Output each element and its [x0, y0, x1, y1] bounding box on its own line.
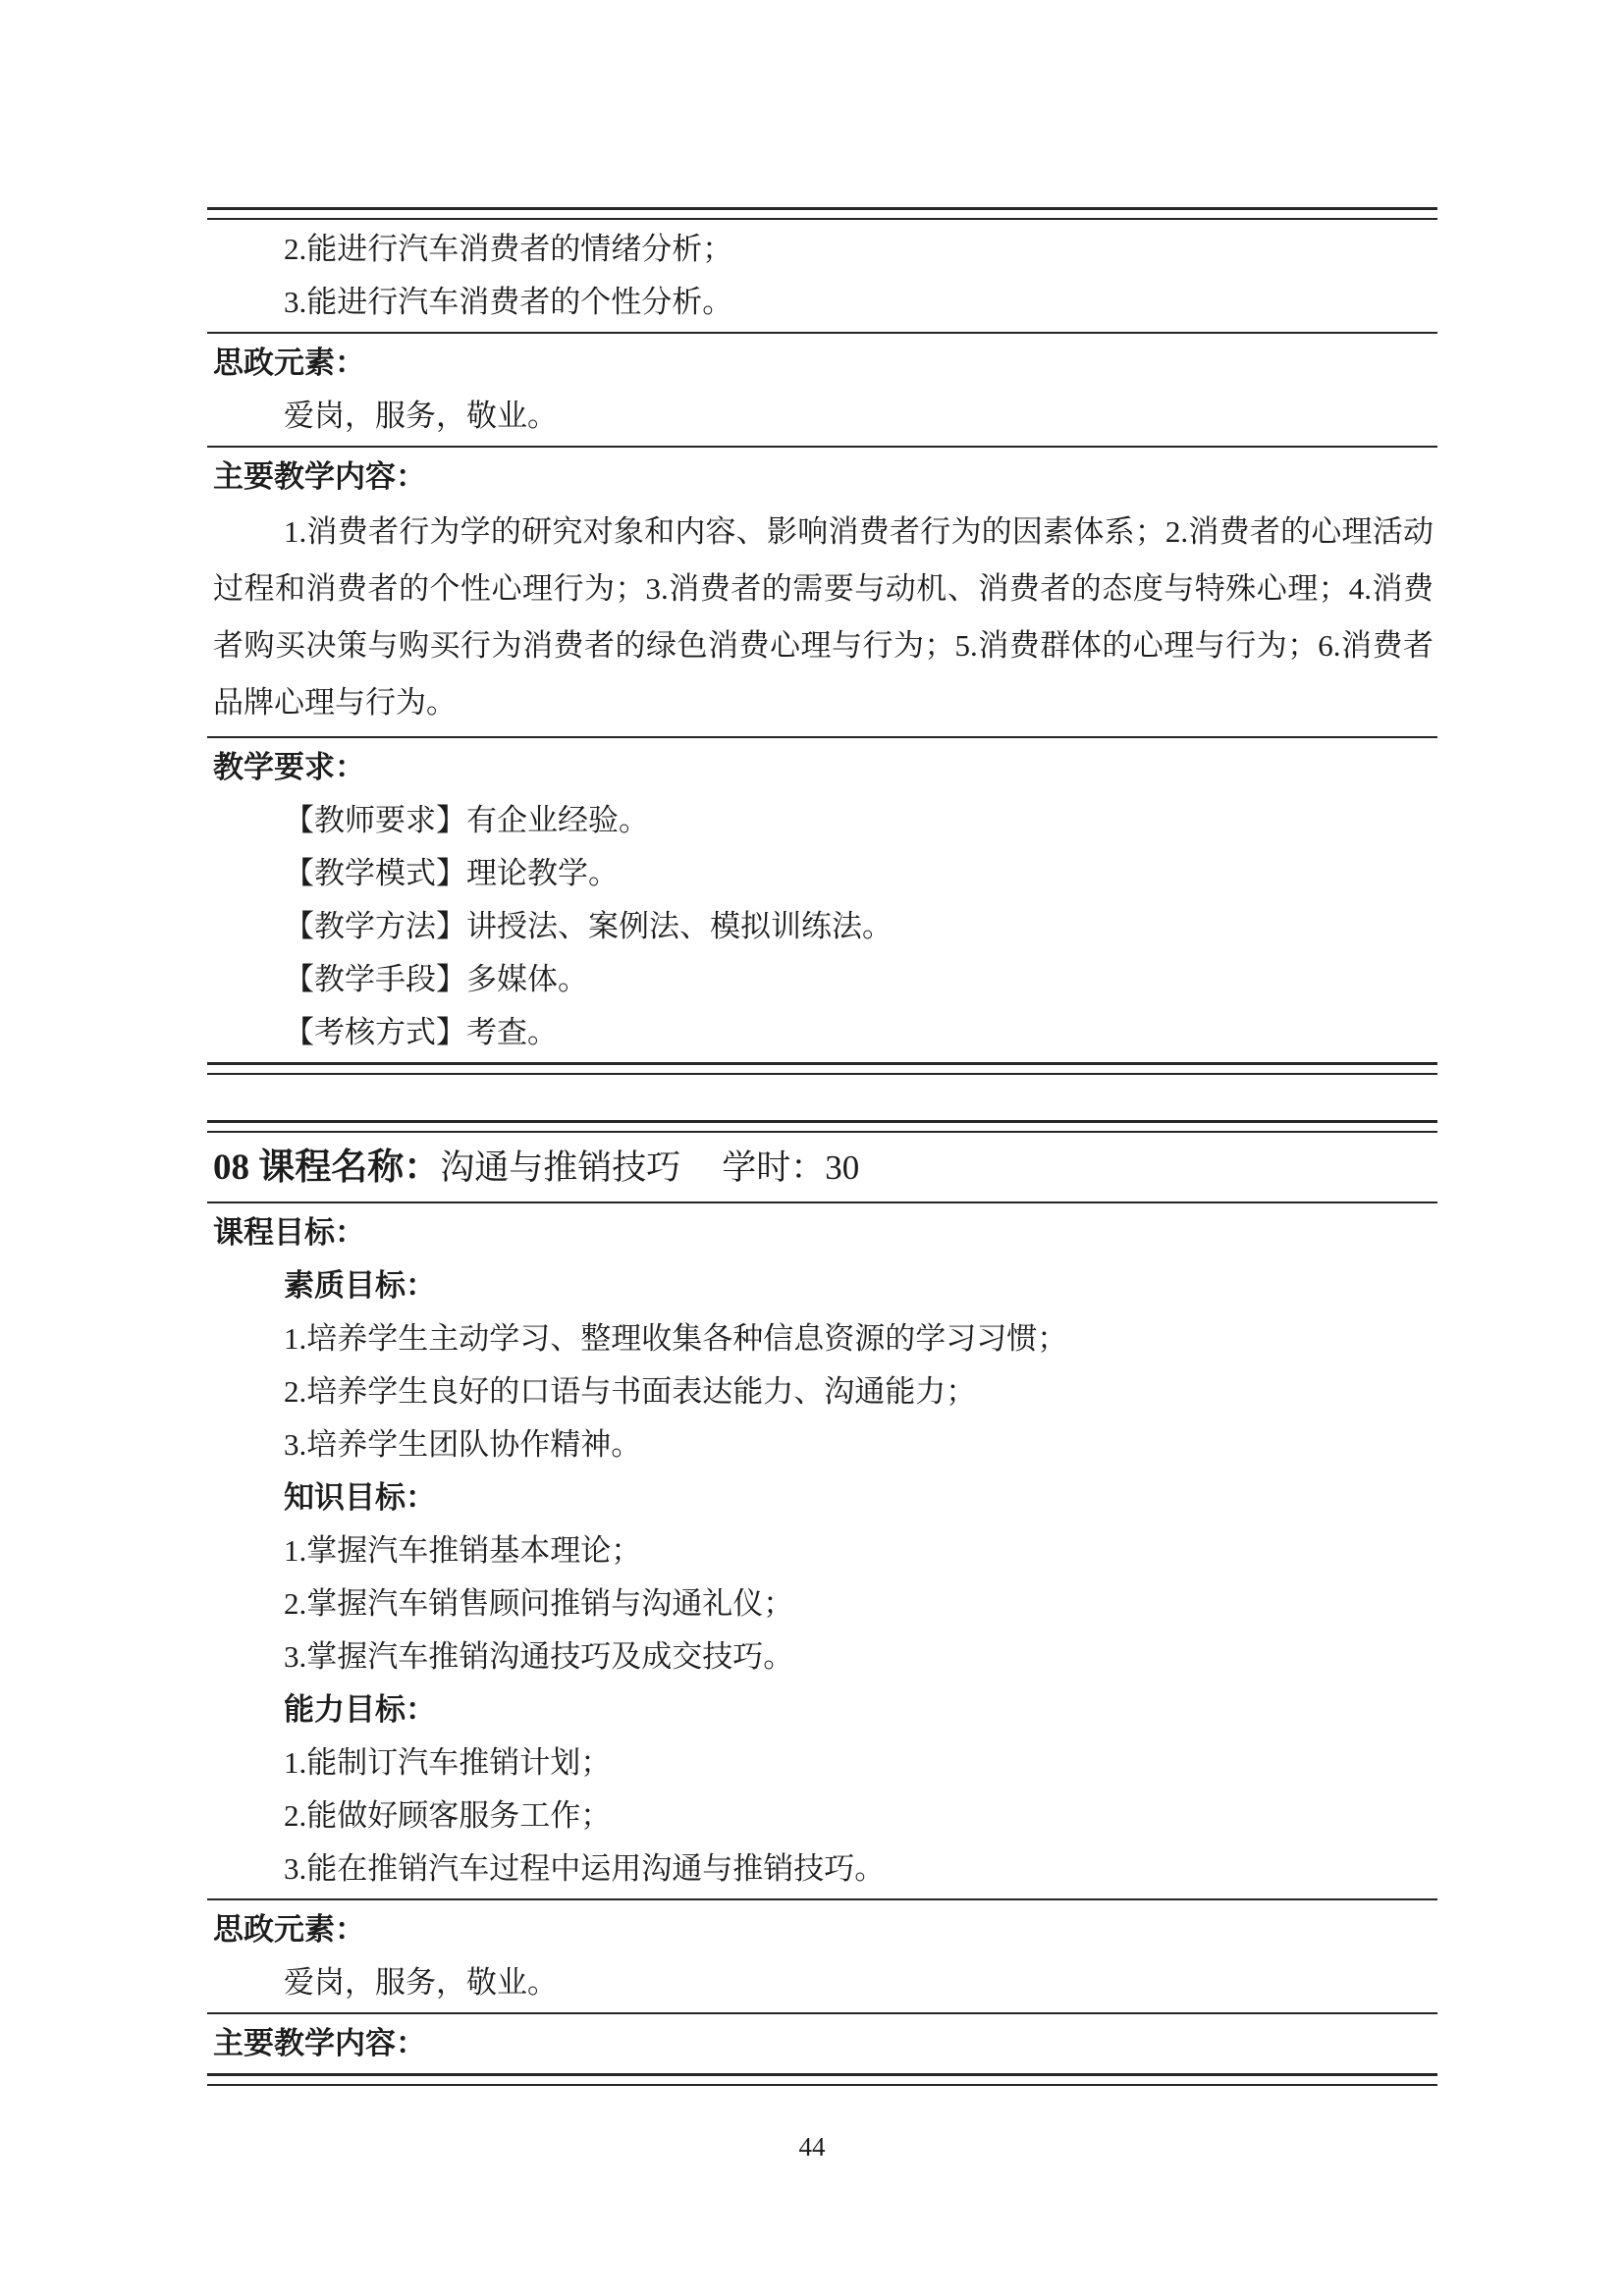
ideology-text: 爱岗，服务，敬业。	[207, 390, 1437, 443]
table2-row-objectives: 课程目标： 素质目标： 1.培养学生主动学习、整理收集各种信息资源的学习习惯； …	[207, 1203, 1437, 1898]
quality-objectives-heading: 素质目标：	[207, 1259, 1437, 1312]
ability-item: 2.能进行汽车消费者的情绪分析；	[207, 223, 1437, 276]
course-hours: 学时：30	[722, 1148, 859, 1187]
document-page: 2.能进行汽车消费者的情绪分析； 3.能进行汽车消费者的个性分析。 思政元素： …	[0, 0, 1624, 2296]
knowledge-objectives-heading: 知识目标：	[207, 1471, 1437, 1524]
table2-row-ideology: 思政元素： 爱岗，服务，敬业。	[207, 1900, 1437, 2012]
knowledge-objective-item: 2.掌握汽车销售顾问推销与沟通礼仪；	[207, 1577, 1437, 1630]
requirement-item: 【考核方式】考查。	[207, 1006, 1437, 1059]
table1-bottom-border	[207, 1062, 1437, 1075]
ideology-heading: 思政元素：	[207, 1903, 1437, 1956]
table-gap	[207, 1075, 1437, 1120]
requirement-item: 【教学模式】理论教学。	[207, 847, 1437, 900]
teaching-content-paragraph: 1.消费者行为学的研究对象和内容、影响消费者行为的因素体系；2.消费者的心理活动…	[207, 504, 1437, 733]
table1-row-ability-continuation: 2.能进行汽车消费者的情绪分析； 3.能进行汽车消费者的个性分析。	[207, 220, 1437, 332]
course-number-label: 08 课程名称：	[213, 1148, 440, 1188]
table1-row-teaching-requirements: 教学要求： 【教师要求】有企业经验。 【教学模式】理论教学。 【教学方法】讲授法…	[207, 738, 1437, 1062]
ability-objective-item: 1.能制订汽车推销计划；	[207, 1736, 1437, 1789]
ability-objectives-heading: 能力目标：	[207, 1683, 1437, 1736]
page-number: 44	[0, 2132, 1624, 2163]
ability-item: 3.能进行汽车消费者的个性分析。	[207, 276, 1437, 329]
objectives-heading: 课程目标：	[207, 1206, 1437, 1259]
ability-objective-item: 3.能在推销汽车过程中运用沟通与推销技巧。	[207, 1842, 1437, 1896]
ideology-heading: 思政元素：	[207, 337, 1437, 390]
table2-row-teaching-content: 主要教学内容：	[207, 2014, 1437, 2073]
quality-objective-item: 2.培养学生良好的口语与书面表达能力、沟通能力；	[207, 1365, 1437, 1418]
table2-top-border	[207, 1120, 1437, 1133]
quality-objective-item: 3.培养学生团队协作精神。	[207, 1418, 1437, 1471]
document-content: 2.能进行汽车消费者的情绪分析； 3.能进行汽车消费者的个性分析。 思政元素： …	[207, 207, 1437, 2086]
table2-row-course-header: 08 课程名称：沟通与推销技巧学时：30	[207, 1133, 1437, 1201]
teaching-content-heading: 主要教学内容：	[207, 2017, 1437, 2070]
requirement-item: 【教学方法】讲授法、案例法、模拟训练法。	[207, 900, 1437, 953]
teaching-content-heading: 主要教学内容：	[207, 451, 1437, 504]
table1-row-teaching-content: 主要教学内容： 1.消费者行为学的研究对象和内容、影响消费者行为的因素体系；2.…	[207, 448, 1437, 736]
knowledge-objective-item: 3.掌握汽车推销沟通技巧及成交技巧。	[207, 1630, 1437, 1683]
quality-objective-item: 1.培养学生主动学习、整理收集各种信息资源的学习习惯；	[207, 1312, 1437, 1365]
teaching-requirements-heading: 教学要求：	[207, 741, 1437, 794]
table1-top-border	[207, 207, 1437, 220]
ideology-text: 爱岗，服务，敬业。	[207, 1956, 1437, 2009]
table1-row-ideology: 思政元素： 爱岗，服务，敬业。	[207, 334, 1437, 446]
course-name: 沟通与推销技巧	[440, 1148, 680, 1187]
table2-bottom-border	[207, 2073, 1437, 2086]
requirement-item: 【教师要求】有企业经验。	[207, 794, 1437, 847]
ability-objective-item: 2.能做好顾客服务工作；	[207, 1789, 1437, 1842]
requirement-item: 【教学手段】多媒体。	[207, 953, 1437, 1006]
knowledge-objective-item: 1.掌握汽车推销基本理论；	[207, 1524, 1437, 1577]
